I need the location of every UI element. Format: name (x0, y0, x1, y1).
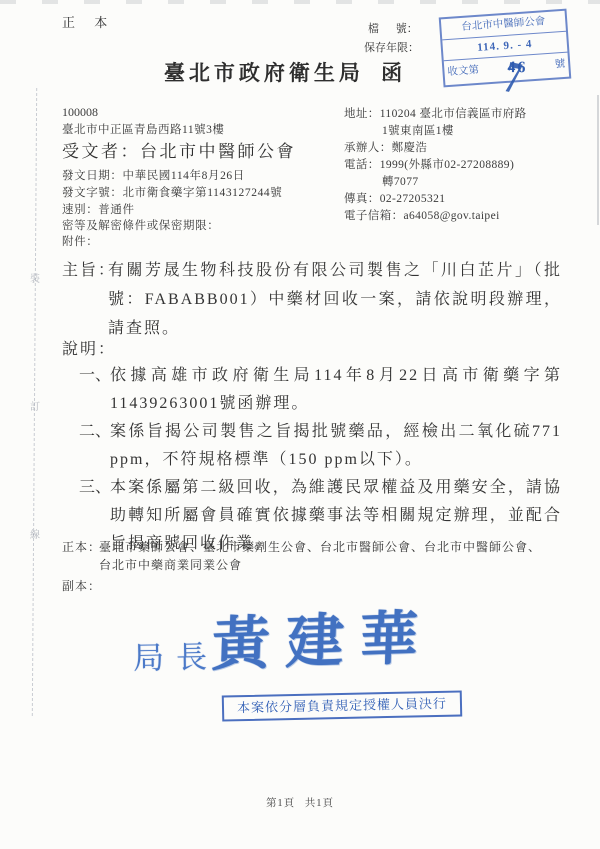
recipient-line: 受文者：台北市中醫師公會 (62, 137, 296, 162)
scan-artifact-right (597, 95, 599, 225)
document-number-line: 發文字號：北市衛食藥字第1143127244號 (62, 184, 282, 200)
contact-address-line1: 地址：110204 臺北市信義區市府路 (344, 105, 527, 121)
item-2-number: 二、 (79, 418, 111, 446)
attachment-line: 附件： (62, 233, 98, 249)
contact-officer: 承辦人：鄭慶浩 (344, 139, 427, 155)
binding-mark-ding: 訂 (27, 398, 43, 413)
official-letter-page: 裝 訂 線 正 本 檔 號： 保存年限： 臺北市政府衛生局 函 台北市中醫師公會… (0, 0, 600, 849)
scan-artifact-top (0, 0, 600, 4)
document-title: 臺北市政府衛生局 函 (120, 57, 450, 87)
received-stamp: 台北市中醫師公會 114. 9. - 4 收文第 46 7 號 (439, 9, 572, 88)
contact-address-line2: 1號東南區1樓 (382, 122, 454, 138)
page-number: 第1頁 共1頁 (0, 795, 600, 810)
copy-type-label: 正 本 (62, 12, 107, 31)
sender-address: 臺北市中正區青島西路11號3樓 (62, 121, 224, 137)
sender-postal-code: 100008 (62, 105, 98, 120)
issue-date-line: 發文日期：中華民國114年8月26日 (62, 167, 245, 183)
stamp-receipt-prefix: 收文第 (447, 59, 480, 85)
subject-text: 有關芳晟生物科技股份有限公司製售之「川白芷片」（批號：FABABB001）中藥材… (108, 256, 562, 343)
authorization-stamp: 本案依分層負責規定授權人員決行 (222, 690, 462, 721)
binding-mark-xian: 線 (27, 526, 43, 541)
speed-class-line: 速別：普通件 (62, 201, 135, 217)
item-2-text: 案係旨揭公司製售之旨揭批號藥品，經檢出二氧化硫771 ppm，不符規格標準（15… (110, 418, 562, 474)
cc-label: 副本： (62, 577, 101, 594)
description-item-1: 一、 依據高雄市政府衛生局114年8月22日高市衛藥字第11439263001號… (79, 362, 562, 418)
commissioner-name-stamp: 黃建華 (211, 590, 436, 682)
file-number-label: 檔 號： (368, 20, 418, 36)
original-copy-recipients: 臺北市藥師公會、臺北市藥劑生公會、台北市醫師公會、台北市中醫師公會、台北市中藥商… (99, 538, 544, 574)
contact-fax: 傳真：02-27205321 (344, 190, 445, 206)
contact-email: 電子信箱：a64058@gov.taipei (344, 207, 500, 223)
description-item-2: 二、 案係旨揭公司製售之旨揭批號藥品，經檢出二氧化硫771 ppm，不符規格標準… (79, 418, 562, 474)
retention-period-label: 保存年限： (364, 39, 419, 55)
binding-mark-zhuang: 裝 (27, 270, 43, 285)
description-label: 說明： (62, 336, 116, 359)
commissioner-title-stamp: 局長 (133, 631, 220, 677)
item-1-number: 一、 (79, 362, 111, 390)
contact-phone-line1: 電話：1999(外縣市02-27208889) (344, 156, 514, 172)
original-copy-label: 正本： (62, 538, 101, 556)
stamp-receipt-suffix: 號 (554, 53, 566, 78)
item-3-number: 三、 (79, 474, 111, 502)
subject-paragraph: 主旨： 有關芳晟生物科技股份有限公司製售之「川白芷片」（批號：FABABB001… (62, 256, 562, 343)
contact-phone-line2: 轉7077 (382, 173, 419, 189)
secrecy-line: 密等及解密條件或保密期限： (62, 217, 219, 233)
original-copy-paragraph: 正本： 臺北市藥師公會、臺北市藥劑生公會、台北市醫師公會、台北市中醫師公會、台北… (62, 538, 544, 574)
item-1-text: 依據高雄市政府衛生局114年8月22日高市衛藥字第11439263001號函辦理… (110, 362, 562, 418)
subject-label: 主旨： (62, 256, 116, 285)
